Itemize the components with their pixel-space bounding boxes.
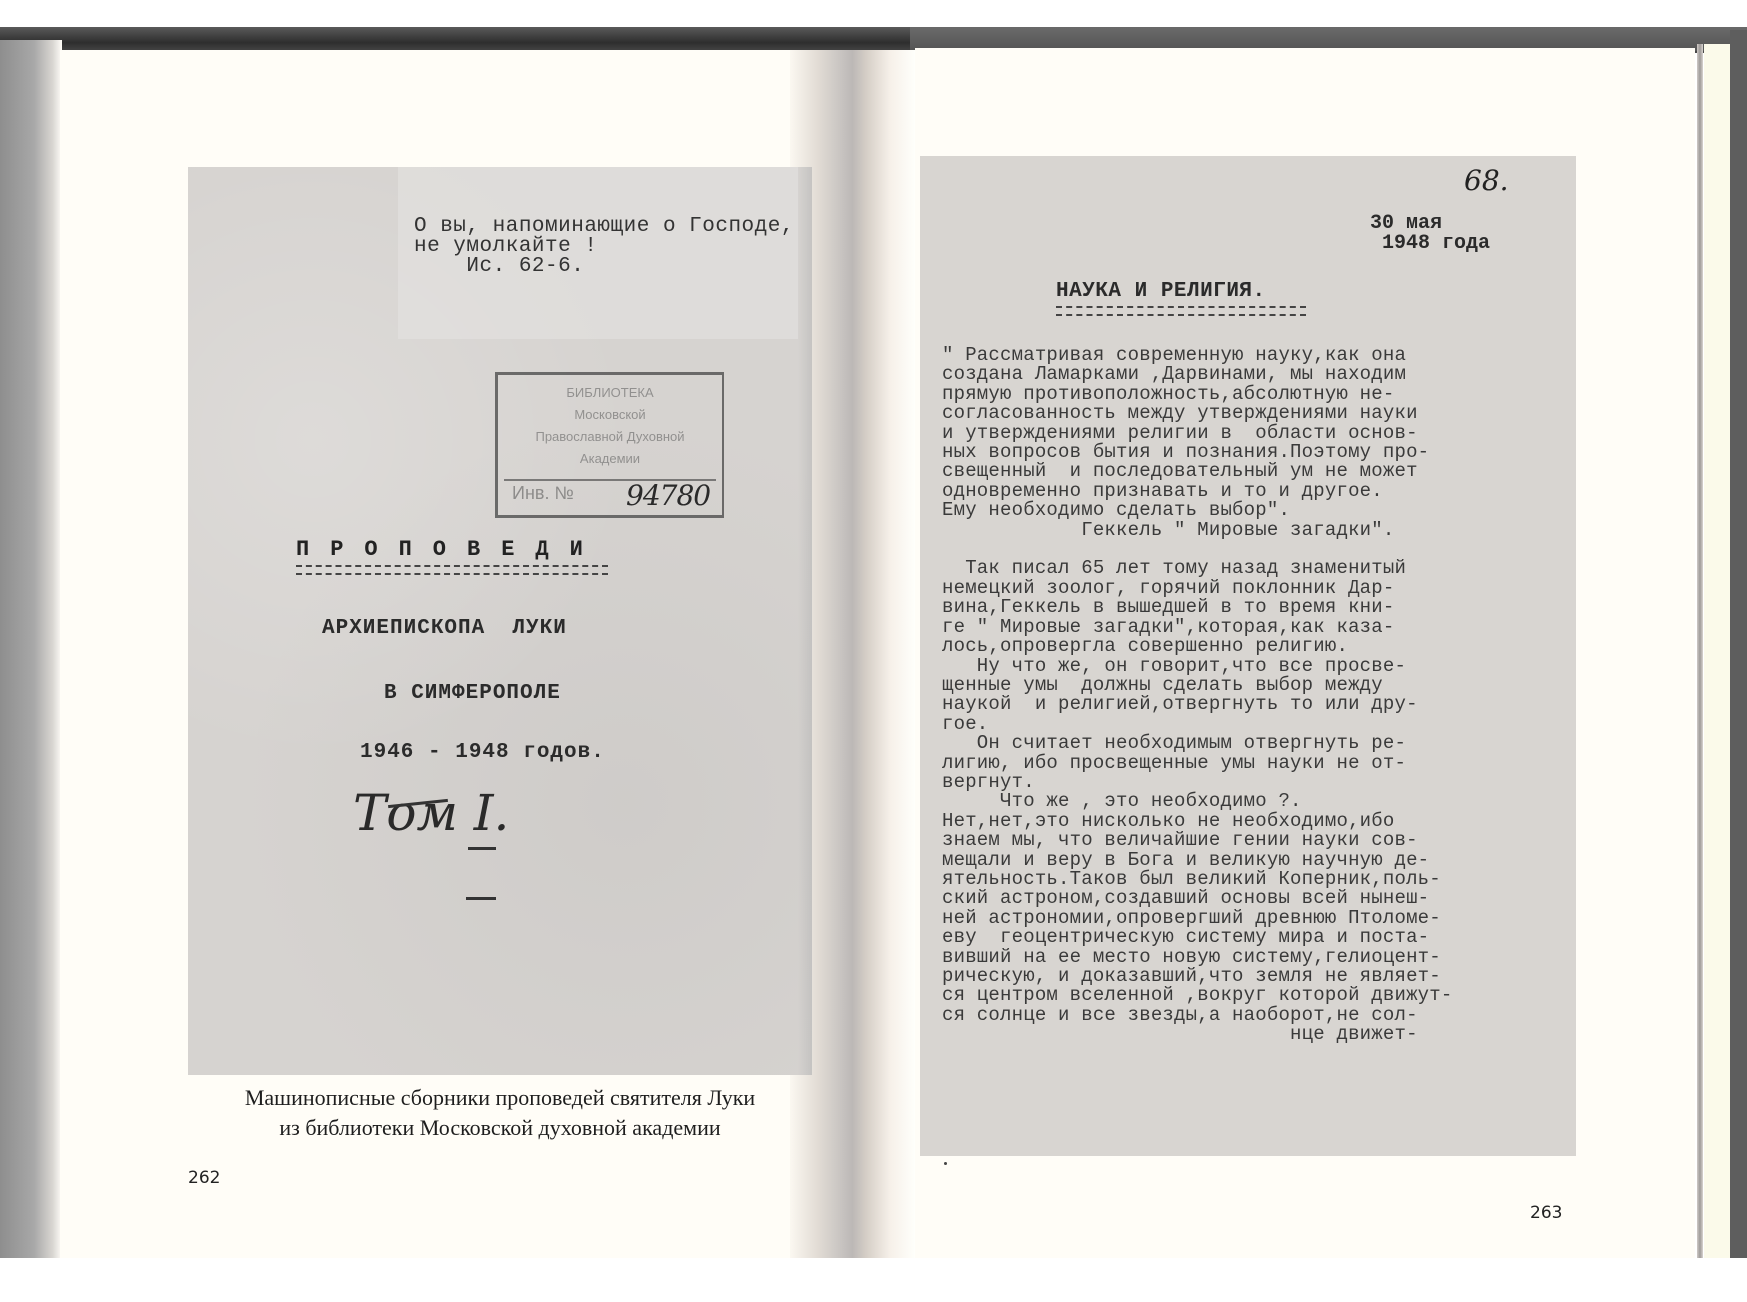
page-stack-edge [1704, 44, 1730, 1258]
speck [944, 1162, 947, 1165]
subtitle-author: АРХИЕПИСКОПА ЛУКИ [322, 617, 567, 640]
stamp-inventory-number: 94780 [626, 479, 710, 512]
stamp-inventory-label: Инв. № [512, 483, 574, 504]
page-number-right: 263 [1530, 1203, 1562, 1223]
stamp-line: Московской [498, 407, 722, 422]
subtitle-place: В СИМФЕРОПОЛЕ [384, 682, 561, 705]
sermon-date: 30 мая 1948 года [1370, 214, 1490, 254]
typescript-title-page-photo: О вы, напоминающие о Господе, не умолкай… [188, 167, 812, 1075]
library-stamp: БИБЛИОТЕКА Московской Православной Духов… [495, 372, 724, 518]
sermon-title: НАУКА И РЕЛИГИЯ. [1056, 280, 1266, 303]
handwriting-overline [468, 847, 496, 850]
sermon-title-double-underline [1056, 306, 1306, 316]
collection-title: ПРОПОВЕДИ [296, 537, 604, 562]
page-edge-line [1697, 44, 1703, 1258]
stamp-line: БИБЛИОТЕКА [498, 385, 722, 400]
subtitle-years: 1946 - 1948 годов. [360, 741, 605, 764]
scan-bottom-margin [0, 1258, 1747, 1302]
handwritten-folio-number: 68. [1464, 164, 1509, 197]
book-left-edge [0, 40, 62, 1258]
stamp-line: Академии [498, 451, 722, 466]
title-double-underline [296, 565, 608, 575]
stamp-line: Православной Духовной [498, 429, 722, 444]
handwritten-volume: Том I. [353, 784, 509, 842]
photo-edge-shadow [798, 167, 812, 1075]
figure-caption: Машинописные сборники проповедей святите… [188, 1083, 812, 1143]
epigraph: О вы, напоминающие о Господе, не умолкай… [414, 217, 794, 277]
caption-line-2: из библиотеки Московской духовной академ… [188, 1113, 812, 1143]
typescript-sermon-page-photo: 68. 30 мая 1948 года НАУКА И РЕЛИГИЯ. " … [920, 156, 1576, 1156]
book-cover-edge [1730, 30, 1747, 1258]
caption-line-1: Машинописные сборники проповедей святите… [188, 1083, 812, 1113]
handwriting-underline [466, 897, 496, 900]
sermon-body-text: " Рассматривая современную науку,как она… [942, 346, 1562, 1045]
page-number-left: 262 [188, 1168, 220, 1188]
